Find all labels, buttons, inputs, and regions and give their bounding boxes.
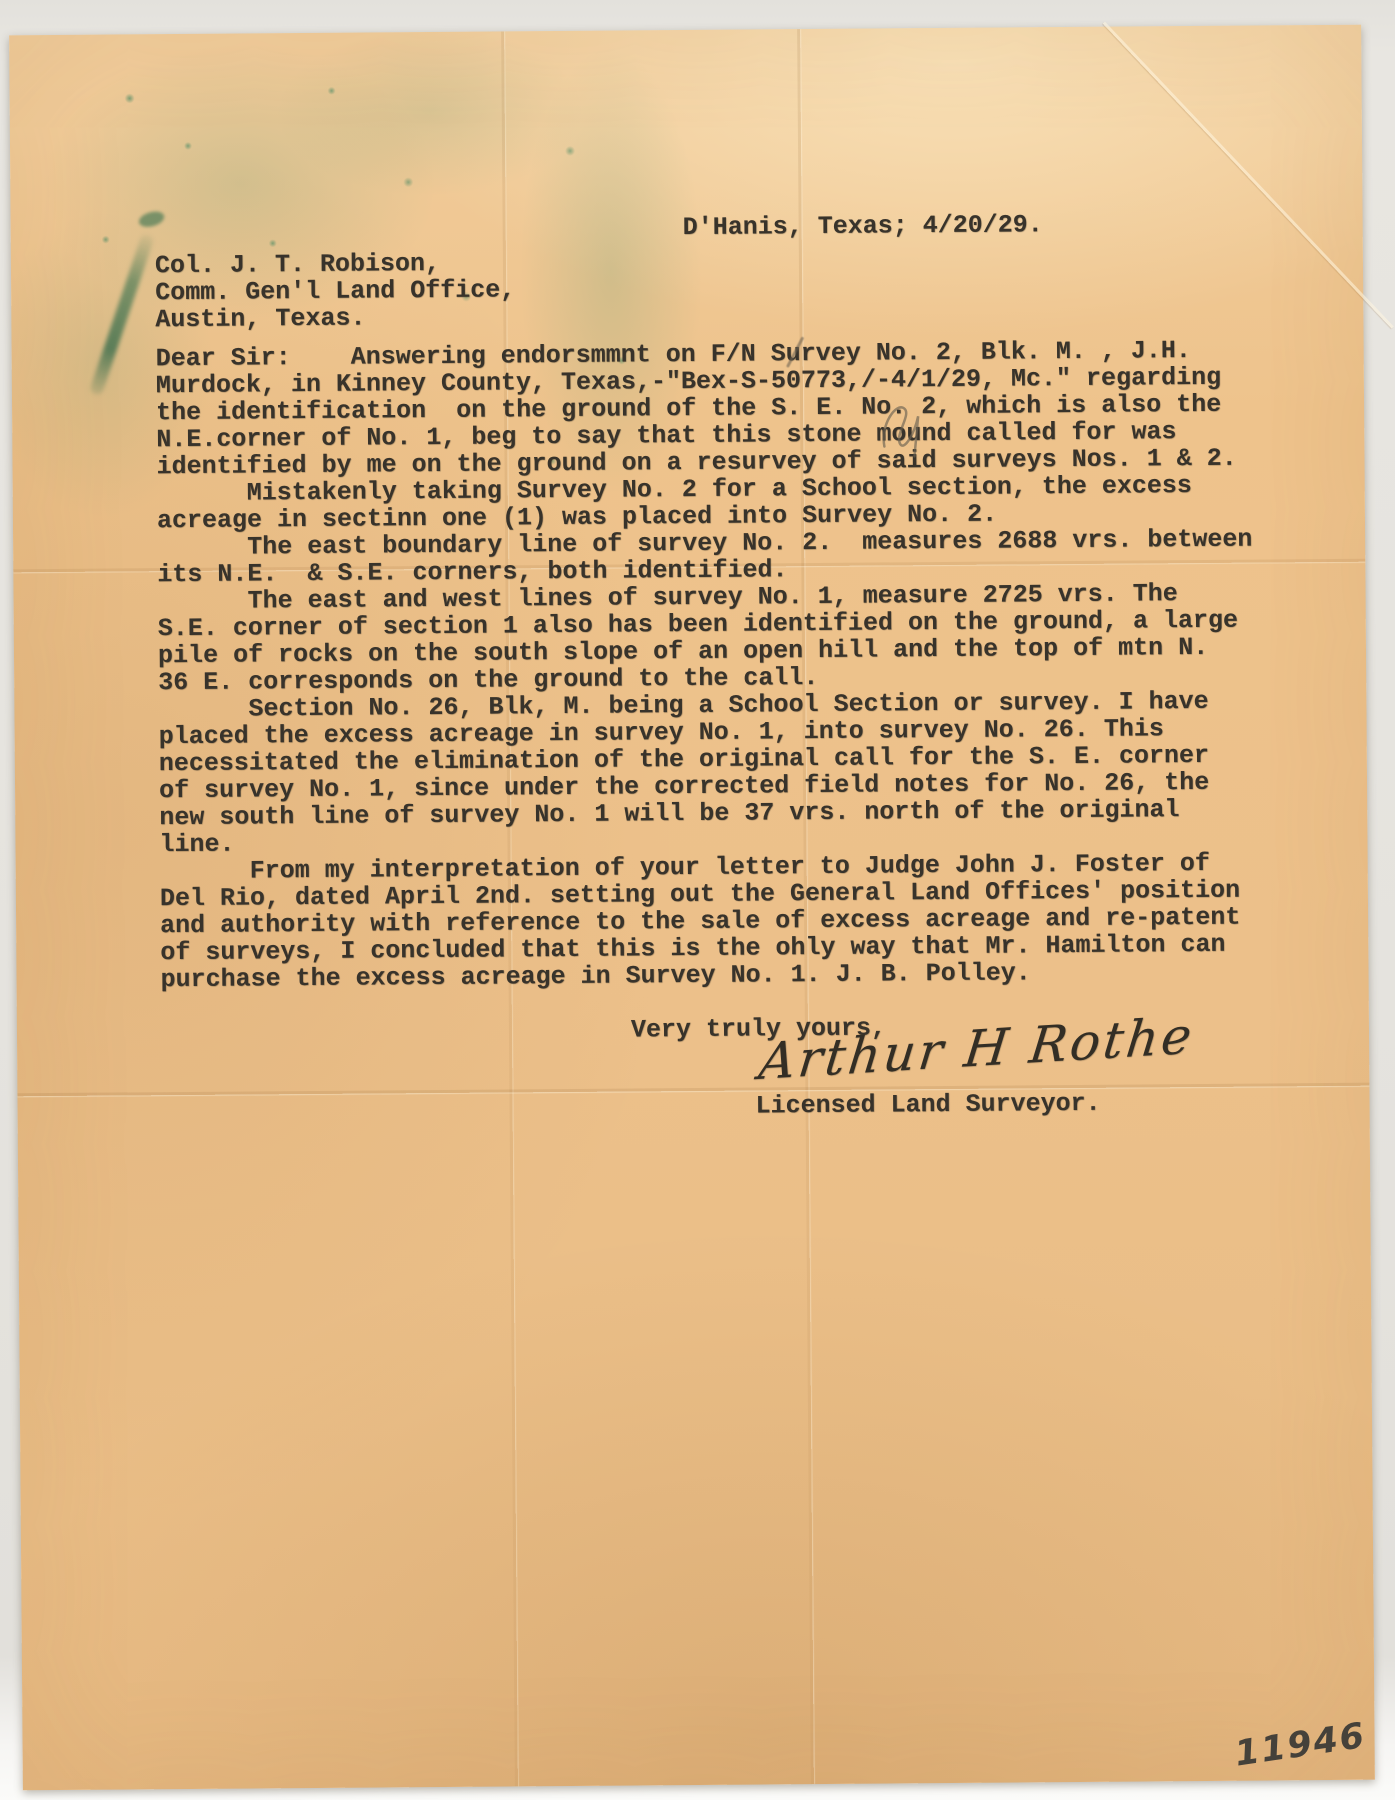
horizontal-fold-crease-lower [17,1083,1369,1097]
letter-body-text: Dear Sir: Answering endorsmmnt on F/N Su… [156,337,1256,994]
green-ink-blob [137,209,166,229]
handwritten-archive-number: 11946 [1232,1716,1368,1775]
corner-crease-top-right [1103,22,1394,329]
pencil-mark-squiggle [874,394,945,465]
scanned-letter-page: { "letter": { "dateline": "D'Hanis, Texa… [0,0,1395,1800]
green-ink-streak [89,233,155,396]
signature-title: Licensed Land Surveyor. [755,1090,1100,1120]
letter-dateline: D'Hanis, Texas; 4/20/29. [683,211,1043,241]
letter-paper: D'Hanis, Texas; 4/20/29. Col. J. T. Robi… [9,25,1375,1791]
recipient-address-block: Col. J. T. Robison, Comm. Gen'l Land Off… [155,249,516,333]
